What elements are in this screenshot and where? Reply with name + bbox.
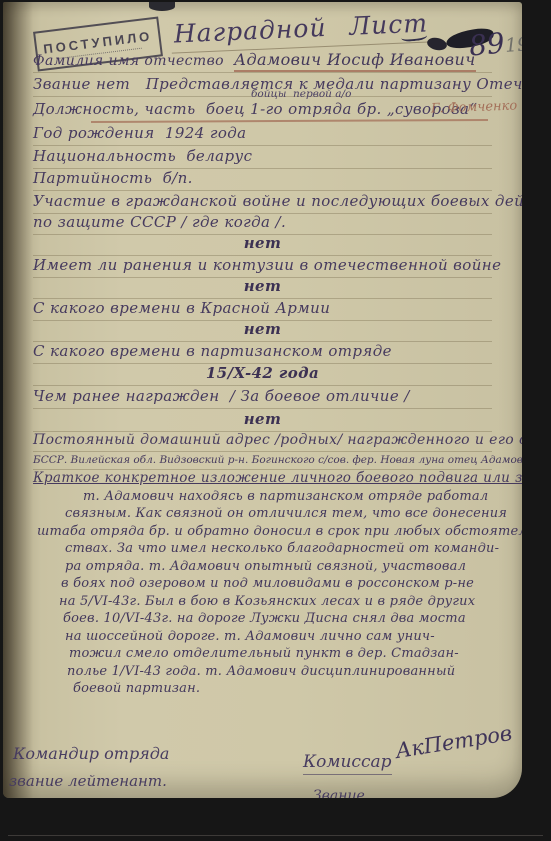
address-value-line: БССР. Вилейская обл. Видзовский р-н. Бог…	[33, 454, 492, 470]
partisan-since-date: 15/X-42 года	[33, 364, 492, 386]
answer-none-3: нет	[33, 320, 492, 342]
nationality-line: Национальность беларус	[33, 147, 492, 169]
feat-line-1: т. Адамович находясь в партизанском отря…	[83, 489, 488, 504]
commissar-rank-label: Звание	[313, 788, 365, 798]
commissar-signature: АкПетров	[394, 721, 514, 763]
wounds-line: Имеет ли ранения и контузии в отечествен…	[33, 256, 492, 278]
feat-line-10: тожил смело отделительный пункт в дер. С…	[69, 646, 459, 661]
feat-line-5: ра отряда. т. Адамович опытный связной, …	[65, 559, 466, 574]
name-value: Адамович Иосиф Иванович	[234, 50, 476, 72]
scan-bottom-edge	[8, 835, 543, 836]
name-line: Фамилия имя отчествоАдамович Иосиф Ивано…	[33, 50, 492, 73]
feat-line-4: ствах. За что имел несколько благодарнос…	[65, 541, 499, 556]
answer-none-2: нет	[33, 277, 492, 299]
commander-signature-line: Командир отряда	[13, 744, 169, 763]
partisan-line: С какого времени в партизанском отряде	[33, 342, 492, 364]
red-army-line: С какого времени в Красной Армии	[33, 299, 492, 321]
answer-none-4: нет	[33, 410, 492, 432]
address-label-line: Постоянный домашний адрес /родных/ награ…	[33, 432, 492, 452]
answer-none-1: нет	[33, 234, 492, 256]
ink-smudge	[149, 2, 175, 11]
feat-line-3: штаба отряда бр. и обратно доносил в сро…	[37, 524, 522, 539]
feat-line-2: связным. Как связной он отличился тем, ч…	[65, 506, 507, 521]
feat-line-8: боев. 10/VI-43г. на дороге Лужки Дисна с…	[63, 611, 466, 626]
commissar-title: Комиссар	[303, 752, 392, 775]
page-title: Наградной Лист	[170, 8, 431, 53]
feat-line-6: в боях под озеровом и под миловидами в р…	[61, 576, 474, 591]
position-line: Должность, часть боец 1-го отряда бр. „с…	[33, 100, 492, 121]
civil-war-line-1: Участие в гражданской войне и последующи…	[33, 192, 492, 214]
page-number-pencil: 19	[504, 33, 522, 57]
paper-sheet: ПОСТУПИЛО Наградной Лист 89 19 Фамилия и…	[3, 2, 522, 798]
commander-rank-line: звание лейтенант.	[9, 772, 167, 790]
feat-line-9: на шоссейной дороге. т. Адамович лично с…	[65, 629, 435, 644]
insert-note: бойцы первой а/о	[251, 88, 351, 100]
name-label: Фамилия имя отчество	[33, 53, 224, 69]
birth-year-line: Год рождения 1924 года	[33, 124, 492, 146]
party-line: Партийность б/п.	[33, 169, 492, 191]
awards-line: Чем ранее награжден / За боевое отличие …	[33, 387, 492, 409]
feat-line-11: полье 1/VI-43 года. т. Адамович дисципли…	[67, 664, 455, 679]
feat-line-7: на 5/VI-43г. Был в бою в Козьянских леса…	[59, 594, 475, 609]
scanned-award-document: ПОСТУПИЛО Наградной Лист 89 19 Фамилия и…	[0, 0, 551, 841]
red-ink-annotation: Г. Фомченко	[431, 99, 518, 117]
feat-line-12: боевой партизан.	[73, 681, 200, 696]
binding-shadow	[3, 2, 33, 798]
civil-war-line-2: по защите СССР / где когда /.	[33, 213, 492, 235]
feat-header-line: Краткое конкретное изложение личного бое…	[33, 470, 492, 489]
